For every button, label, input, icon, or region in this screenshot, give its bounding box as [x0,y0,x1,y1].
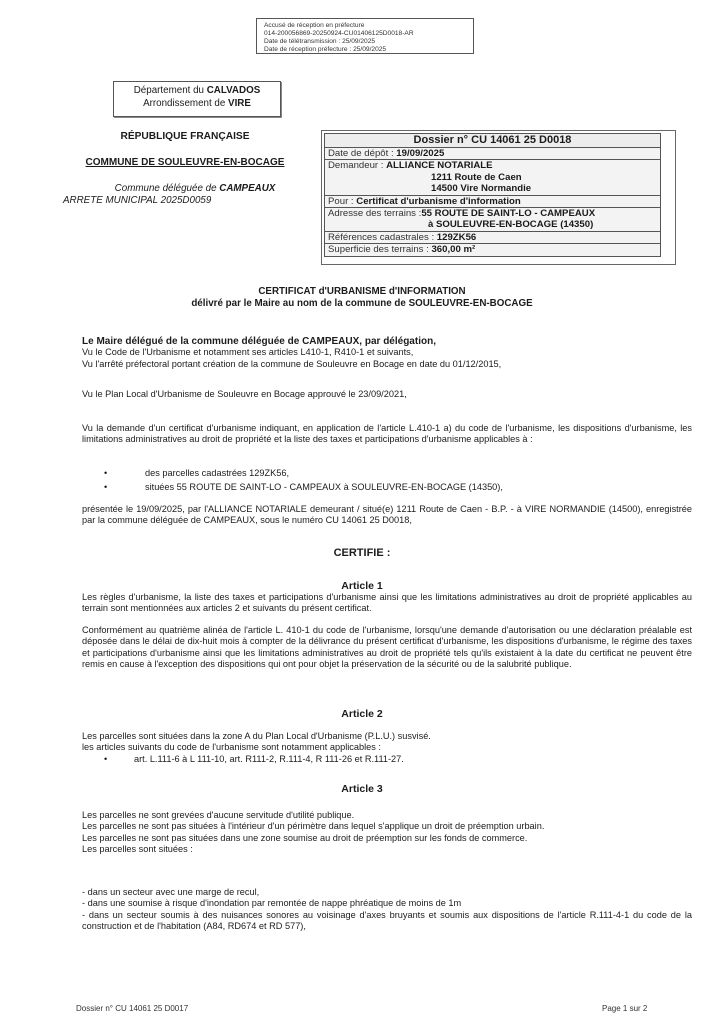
stamp-line: Date de réception préfecture : 25/09/202… [264,46,473,54]
dash-item: - dans un secteur avec une marge de recu… [82,887,692,898]
certificate-title-block: CERTIFICAT d'URBANISME d'INFORMATION dél… [0,286,724,310]
department-line: Département du CALVADOS [114,85,280,98]
parcel-bullets: •des parcelles cadastrées 129ZK56, •situ… [104,468,664,494]
article-2-para-1: Les parcelles sont situées dans la zone … [82,731,692,742]
bullet-item: •situées 55 ROUTE DE SAINT-LO - CAMPEAUX… [104,482,664,493]
article-3-para-2: Les parcelles ne sont pas situées à l'in… [82,821,692,832]
stamp-line: 014-200056869-20250924-CU01406125D0018-A… [264,30,473,38]
commune-heading: COMMUNE DE SOULEUVRE-EN-BOCAGE [60,157,310,168]
bullet-item: •des parcelles cadastrées 129ZK56, [104,468,664,479]
arrete-number: ARRETE MUNICIPAL 2025D0059 [63,195,211,206]
dossier-box: Dossier n° CU 14061 25 D0018 Date de dép… [321,130,676,265]
maire-line: Le Maire délégué de la commune déléguée … [82,336,692,347]
article-2-body: Les parcelles sont situées dans la zone … [82,731,692,765]
stamp-line: Date de télétransmission : 25/09/2025 [264,38,473,46]
article-1-title: Article 1 [0,580,724,592]
dossier-table: Dossier n° CU 14061 25 D0018 Date de dép… [324,133,661,257]
bullet-item: •art. L.111-6 à L 111-10, art. R111-2, R… [104,754,692,765]
preamble: Le Maire délégué de la commune déléguée … [82,336,692,370]
date-depot-row: Date de dépôt : 19/09/2025 [325,148,661,160]
dash-item: - dans un secteur soumis à des nuisances… [82,910,692,933]
bullet-icon: • [104,482,107,493]
presentee-paragraph: présentée le 19/09/2025, par l'ALLIANCE … [82,504,692,527]
demandeur-row: Demandeur : ALLIANCE NOTARIALE 1211 Rout… [325,160,661,195]
references-row: Références cadastrales : 129ZK56 [325,231,661,243]
article-3-para-1: Les parcelles ne sont grevées d'aucune s… [82,810,692,821]
vu-code: Vu le Code de l'Urbanisme et notamment s… [82,347,692,358]
stamp-line: Accusé de réception en préfecture [264,22,473,30]
article-1-para-1: Les règles d'urbanisme, la liste des tax… [82,592,692,615]
adresse-row: Adresse des terrains :55 ROUTE DE SAINT-… [325,208,661,232]
superficie-row: Superficie des terrains : 360,00 m² [325,244,661,256]
republic-heading: RÉPUBLIQUE FRANÇAISE [60,131,310,142]
dossier-title: Dossier n° CU 14061 25 D0018 [325,134,661,148]
department-box: Département du CALVADOS Arrondissement d… [113,81,281,117]
vu-plu: Vu le Plan Local d'Urbanisme de Souleuvr… [82,389,692,400]
article-2-title: Article 2 [0,708,724,720]
dash-item: - dans une soumise à risque d'inondation… [82,898,692,909]
commune-deleguee: Commune déléguée de CAMPEAUX [70,183,320,194]
pour-row: Pour : Certificat d'urbanisme d'informat… [325,195,661,207]
vu-demande: Vu la demande d'un certificat d'urbanism… [82,423,692,446]
vu-arrete: Vu l'arrêté préfectoral portant création… [82,359,692,370]
article-3-dashes: - dans un secteur avec une marge de recu… [82,887,692,932]
article-3-body: Les parcelles ne sont grevées d'aucune s… [82,810,692,855]
footer-page-number: Page 1 sur 2 [602,1004,647,1013]
bullet-icon: • [104,754,107,765]
certifie-heading: CERTIFIE : [0,547,724,559]
article-2-para-2: les articles suivants du code de l'urban… [82,742,692,753]
footer-dossier-number: Dossier n° CU 14061 25 D0017 [76,1004,188,1013]
certificate-subtitle: délivré par le Maire au nom de la commun… [0,298,724,310]
article-3-para-3: Les parcelles ne sont pas situées dans u… [82,833,692,844]
article-1-para-2: Conformément au quatrième alinéa de l'ar… [82,625,692,670]
article-3-para-4: Les parcelles sont situées : [82,844,692,855]
article-3-title: Article 3 [0,783,724,795]
reception-stamp: Accusé de réception en préfecture 014-20… [256,18,474,54]
bullet-icon: • [104,468,107,479]
certificate-title: CERTIFICAT d'URBANISME d'INFORMATION [0,286,724,298]
arrondissement-line: Arrondissement de VIRE [114,98,280,111]
